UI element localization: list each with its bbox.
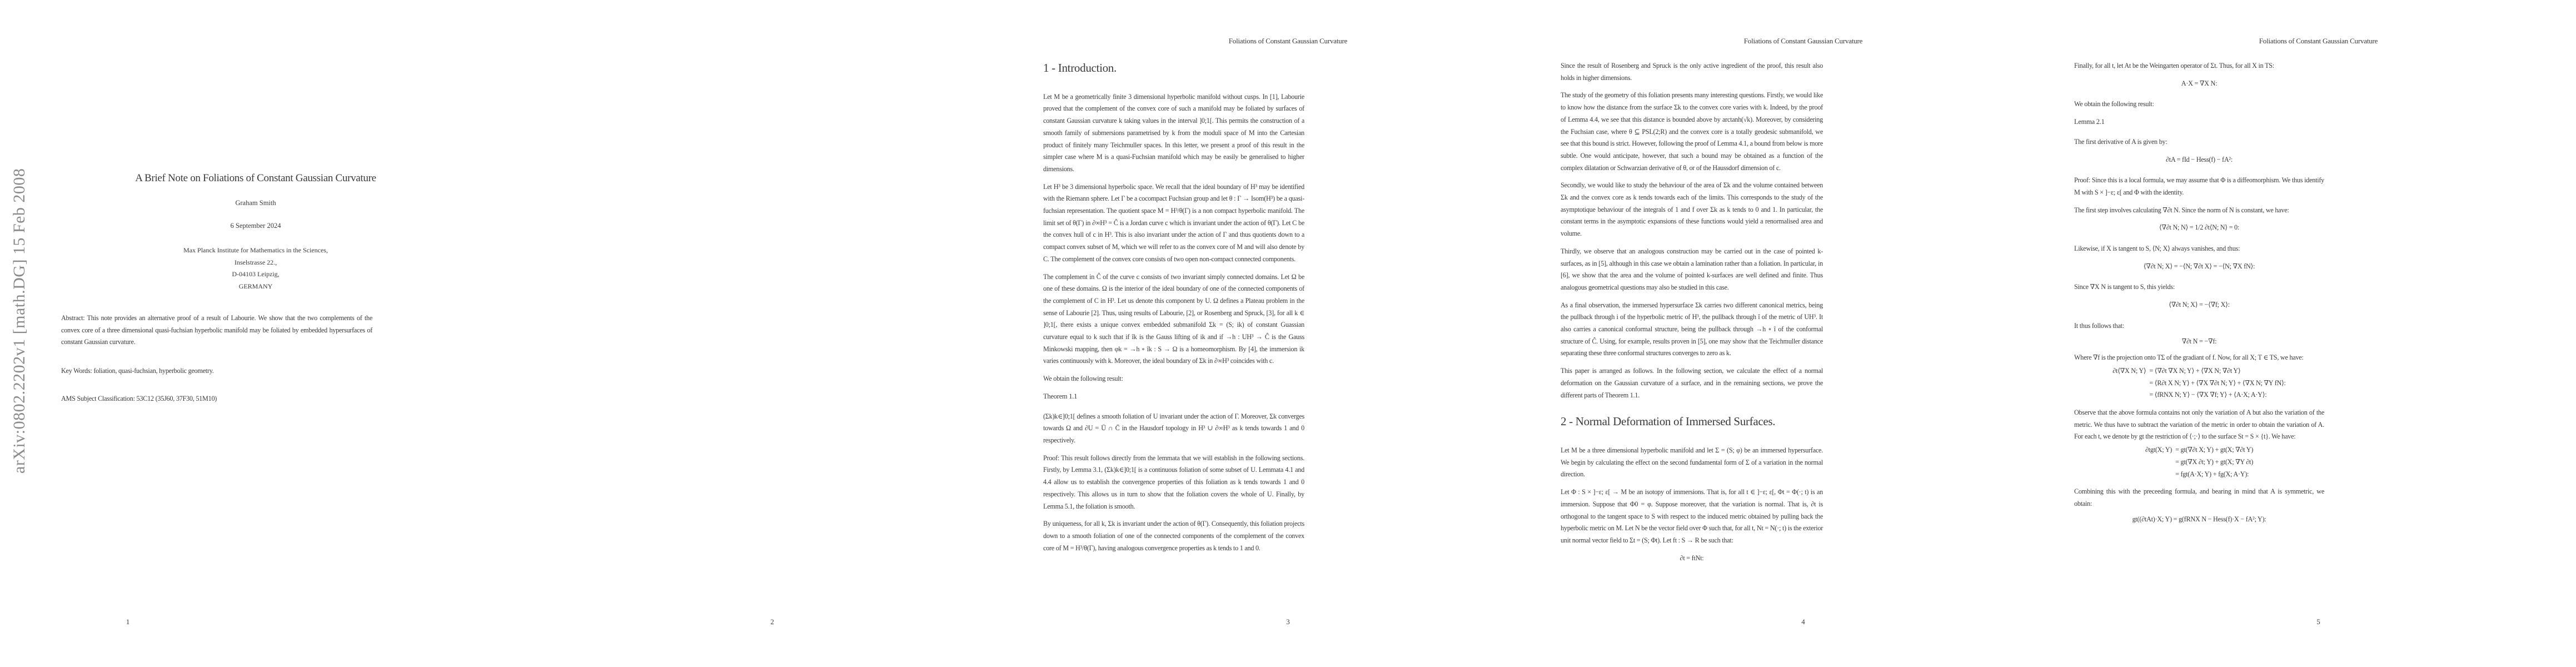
paragraph: Finally, for all t, let At be the Weinga… — [2074, 60, 2324, 72]
page-number: 3 — [1030, 618, 1546, 626]
abstract-section: Abstract: This note provides an alternat… — [61, 312, 372, 411]
equation-rhs: = ⟨R∂t X N; Y⟩ + ⟨∇X ∇∂t N; Y⟩ + ⟨∇X N; … — [2149, 377, 2285, 390]
equation-lhs — [2145, 456, 2172, 469]
section-heading: 2 - Normal Deformation of Immersed Surfa… — [1561, 416, 1823, 428]
page-number: 5 — [2061, 618, 2576, 626]
equation-lhs — [2112, 389, 2146, 401]
page-3: Foliations of Constant Gaussian Curvatur… — [1030, 0, 1546, 667]
equation: ⟨∇∂t N; X⟩ = −⟨∇f; X⟩: — [2074, 299, 2324, 311]
title-block: A Brief Note on Foliations of Constant G… — [61, 172, 450, 292]
proof: Proof: Since this is a local formula, we… — [2074, 175, 2324, 198]
keywords: Key Words: foliation, quasi-fuchsian, hy… — [61, 365, 372, 377]
equation-rhs: = fgt(A·X; Y) + fg(X; A·Y): — [2175, 469, 2253, 481]
page-body: Since the result of Rosenberg and Spruck… — [1561, 60, 1823, 573]
paragraph: Since ∇X N is tangent to S, this yields: — [2074, 281, 2324, 293]
equation: gt((∂tAt)·X; Y) = g(fRNX N − Hess(f)·X −… — [2074, 514, 2324, 526]
paragraph: Since the result of Rosenberg and Spruck… — [1561, 60, 1823, 84]
page-1: arXiv:0802.2202v1 [math.DG] 15 Feb 2008 … — [0, 0, 515, 667]
equation: A·X = ∇X N: — [2074, 78, 2324, 90]
paragraph: The study of the geometry of this foliat… — [1561, 89, 1823, 174]
equation: ⟨∇∂t N; N⟩ = 1/2 ∂t⟨N; N⟩ = 0: — [2074, 222, 2324, 234]
paragraph: Thirdly, we observe that an analogous co… — [1561, 246, 1823, 294]
page-number: 2 — [515, 618, 1029, 626]
equation-lhs: ∂tgt(X; Y) — [2145, 444, 2172, 456]
equation-lhs: ∂t⟨∇X N; Y⟩ — [2112, 365, 2146, 377]
paragraph: Observe that the above formula contains … — [2074, 407, 2324, 443]
paragraph: It thus follows that: — [2074, 320, 2324, 332]
paragraph: Where ∇f is the projection onto TΣ of th… — [2074, 352, 2324, 364]
running-head: Foliations of Constant Gaussian Curvatur… — [2061, 37, 2576, 46]
page-5: Foliations of Constant Gaussian Curvatur… — [2061, 0, 2576, 667]
theorem-body: (Σk)k∈]0;1[ defines a smooth foliation o… — [1043, 411, 1304, 447]
equation-array: ∂tgt(X; Y) = gt(∇∂t X; Y) + gt(X; ∇∂t Y)… — [2074, 444, 2324, 480]
abstract: Abstract: This note provides an alternat… — [61, 312, 372, 349]
paragraph: This paper is arranged as follows. In th… — [1561, 365, 1823, 401]
equation: ∂t = ftNt: — [1561, 552, 1823, 565]
equation: ∂tA = fId − Hess(f) − fA²: — [2074, 154, 2324, 166]
paper-title: A Brief Note on Foliations of Constant G… — [61, 172, 450, 185]
paragraph: The complement in Ĉ of the curve c consi… — [1043, 271, 1304, 368]
paragraph: We obtain the following result: — [1043, 373, 1304, 385]
ams-classification: AMS Subject Classification: 53C12 (35J60… — [61, 393, 372, 405]
paragraph: Let M be a three dimensional hyperbolic … — [1561, 445, 1823, 481]
equation-rhs: = gt(∇∂t X; Y) + gt(X; ∇∂t Y) — [2175, 444, 2253, 456]
running-head: Foliations of Constant Gaussian Curvatur… — [1546, 37, 2061, 46]
paragraph: Let M be a geometrically finite 3 dimens… — [1043, 91, 1304, 176]
affiliation: Max Planck Institute for Mathematics in … — [61, 245, 450, 292]
page-body: Finally, for all t, let At be the Weinga… — [2074, 60, 2324, 534]
equation: ⟨∇∂t N; X⟩ = −⟨N; ∇∂t X⟩ = −⟨N; ∇X fN⟩: — [2074, 261, 2324, 273]
equation-rhs: = gt(∇X ∂t; Y) + gt(X; ∇Y ∂t) — [2175, 456, 2253, 469]
paragraph: Let Φ : S × ]−ε; ε[ → M be an isotopy of… — [1561, 486, 1823, 547]
page-body: 1 - Introduction. Let M be a geometrical… — [1043, 62, 1304, 560]
equation-array: ∂t⟨∇X N; Y⟩ = ⟨∇∂t ∇X N; Y⟩ + ⟨∇X N; ∇∂t… — [2074, 365, 2324, 401]
section-heading: 1 - Introduction. — [1043, 62, 1304, 74]
paragraph: The first step involves calculating ∇∂t … — [2074, 205, 2324, 217]
equation-lhs — [2145, 469, 2172, 481]
paragraph: We obtain the following result: — [2074, 98, 2324, 111]
equation-lhs — [2112, 377, 2146, 390]
lemma-body: The first derivative of A is given by: — [2074, 136, 2324, 148]
page-number: 4 — [1546, 618, 2061, 626]
page-2: 2 — [515, 0, 1030, 667]
date: 6 September 2024 — [61, 222, 450, 230]
author: Graham Smith — [61, 199, 450, 207]
affiliation-line: D-04103 Leipzig, — [61, 268, 450, 281]
document-viewer: arXiv:0802.2202v1 [math.DG] 15 Feb 2008 … — [0, 0, 2576, 667]
paragraph: Combining this with the preceeding formu… — [2074, 486, 2324, 510]
equation-rhs: = ⟨∇∂t ∇X N; Y⟩ + ⟨∇X N; ∇∂t Y⟩ — [2149, 365, 2285, 377]
affiliation-line: Inselstrasse 22., — [61, 257, 450, 269]
affiliation-line: Max Planck Institute for Mathematics in … — [61, 245, 450, 257]
paragraph: Likewise, if X is tangent to S, ⟨N; X⟩ a… — [2074, 243, 2324, 255]
lemma-label: Lemma 2.1 — [2074, 116, 2324, 128]
theorem-label: Theorem 1.1 — [1043, 391, 1304, 403]
page-4: Foliations of Constant Gaussian Curvatur… — [1546, 0, 2061, 667]
equation-rhs: = ⟨fRNX N; Y⟩ − ⟨∇X ∇f; Y⟩ + ⟨A·X; A·Y⟩: — [2149, 389, 2285, 401]
affiliation-line: GERMANY — [61, 281, 450, 293]
equation: ∇∂t N = −∇f: — [2074, 336, 2324, 348]
page-number: 1 — [0, 618, 256, 626]
paragraph: By uniqueness, for all k, Σk is invarian… — [1043, 518, 1304, 554]
paragraph: As a final observation, the immersed hyp… — [1561, 300, 1823, 360]
paragraph: Let H³ be 3 dimensional hyperbolic space… — [1043, 181, 1304, 266]
paragraph: Secondly, we would like to study the beh… — [1561, 180, 1823, 240]
running-head: Foliations of Constant Gaussian Curvatur… — [1030, 37, 1546, 46]
proof: Proof: This result follows directly from… — [1043, 452, 1304, 513]
arxiv-stamp: arXiv:0802.2202v1 [math.DG] 15 Feb 2008 — [10, 168, 29, 474]
